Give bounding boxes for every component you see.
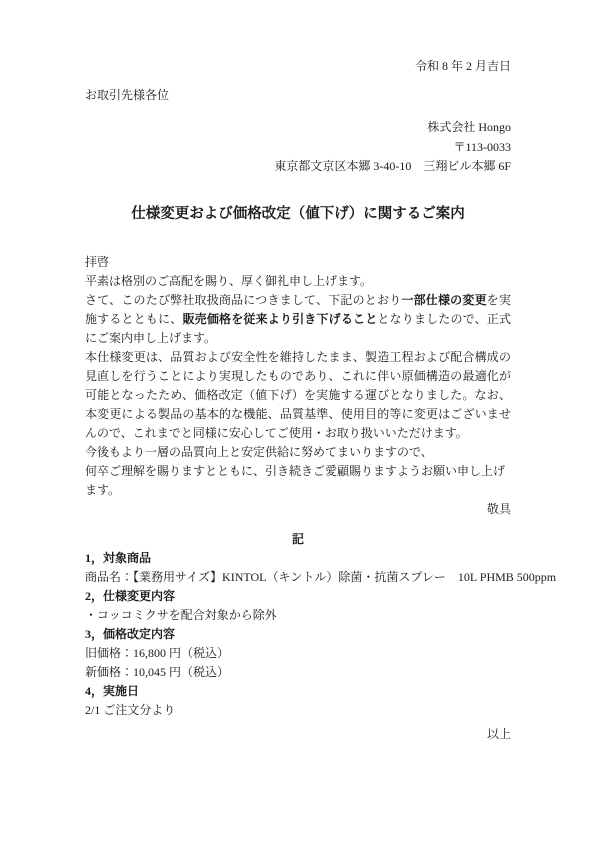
effective-date-line: 2/1 ご注文分より (85, 701, 511, 720)
sender-block: 株式会社 Hongo 〒113-0033 東京都文京区本郷 3-40-10 三翔… (85, 118, 511, 177)
section-title: 1，対象商品 (85, 549, 511, 568)
request-line: 何卒ご理解を賜りますとともに、引き続きご愛顧賜りますようお願い申し上げます。 (85, 462, 511, 500)
details-paragraph: 本仕様変更は、品質および安全性を維持したまま、製造工程および配合構成の見直しを行… (85, 348, 511, 443)
section-title: 3，価格改定内容 (85, 625, 511, 644)
section-spec-change: 2，仕様変更内容 ・コッコミクサを配合対象から除外 (85, 587, 511, 625)
closing-word: 敬具 (85, 500, 511, 519)
section-target-product: 1，対象商品 商品名：【業務用サイズ】KINTOL（キントル）除菌・抗菌スプレー… (85, 549, 511, 587)
announcement-bold-spec-change: 一部仕様の変更 (401, 293, 486, 307)
product-name-line: 商品名：【業務用サイズ】KINTOL（キントル）除菌・抗菌スプレー 10L PH… (85, 568, 511, 587)
notice-sections: 1，対象商品 商品名：【業務用サイズ】KINTOL（キントル）除菌・抗菌スプレー… (85, 549, 511, 720)
letter-body: 拝啓 平素は格別のご高配を賜り、厚く御礼申し上げます。 さて、このたび弊社取扱商… (85, 253, 511, 519)
old-price-line: 旧価格：16,800 円（税込） (85, 644, 511, 663)
greeting-line: 平素は格別のご高配を賜り、厚く御礼申し上げます。 (85, 272, 511, 291)
end-mark: 以上 (85, 725, 511, 744)
new-price-line: 新価格：10,045 円（税込） (85, 663, 511, 682)
spec-change-line: ・コッコミクサを配合対象から除外 (85, 606, 511, 625)
section-effective-date: 4，実施日 2/1 ご注文分より (85, 682, 511, 720)
recipient-line: お取引先様各位 (85, 86, 511, 105)
sender-company: 株式会社 Hongo (85, 118, 511, 138)
announcement-bold-price-cut: 販売価格を従来より引き下げること (182, 312, 377, 326)
section-title: 4，実施日 (85, 682, 511, 701)
document-date: 令和 8 年 2 月吉日 (85, 57, 511, 76)
document-title: 仕様変更および価格改定（値下げ）に関するご案内 (85, 204, 511, 224)
announcement-paragraph: さて、このたび弊社取扱商品につきまして、下記のとおり一部仕様の変更を実施するとと… (85, 291, 511, 348)
announcement-text: さて、このたび弊社取扱商品につきまして、下記のとおり (85, 293, 401, 307)
sender-postal-code: 〒113-0033 (85, 138, 511, 158)
section-title: 2，仕様変更内容 (85, 587, 511, 606)
record-mark: 記 (85, 530, 511, 549)
future-effort-line: 今後もより一層の品質向上と安定供給に努めてまいりますので、 (85, 443, 511, 462)
document-page: 令和 8 年 2 月吉日 お取引先様各位 株式会社 Hongo 〒113-003… (0, 0, 595, 842)
sender-address: 東京都文京区本郷 3-40-10 三翔ビル本郷 6F (85, 157, 511, 177)
section-price-revision: 3，価格改定内容 旧価格：16,800 円（税込） 新価格：10,045 円（税… (85, 625, 511, 682)
salutation: 拝啓 (85, 253, 511, 272)
